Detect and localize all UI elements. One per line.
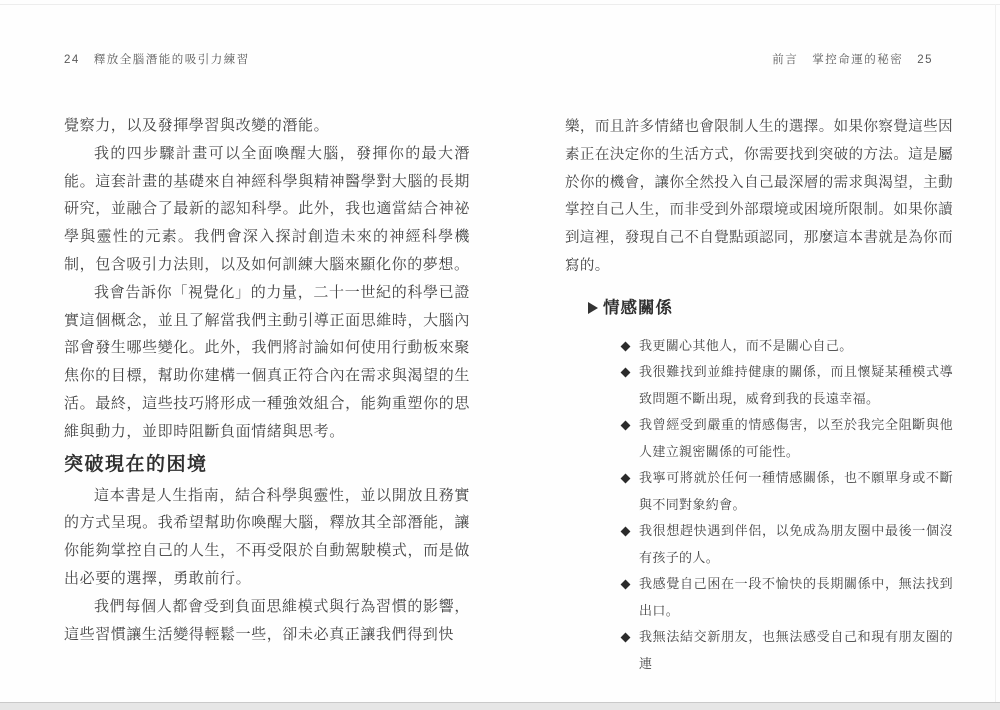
paragraph: 我們每個人都會受到負面思維模式與行為習慣的影響，這些習慣讓生活變得輕鬆一些，卻未… [64,593,470,649]
paragraph: 樂，而且許多情緒也會限制人生的選擇。如果你察覺這些因素正在決定你的生活方式，你需… [565,114,953,281]
left-header-book-title: 釋放全腦潛能的吸引力練習 [94,54,250,66]
list-item-text: 我寧可將就於任何一種情感關係，也不願單身或不斷與不同對象約會。 [639,470,953,512]
right-header-chapter-label: 前言 [772,54,798,66]
list-item: 我很難找到並維持健康的關係，而且懷疑某種模式導致問題不斷出現，威脅到我的長遠幸福… [620,359,953,412]
bullet-list: 我更關心其他人，而不是關心自己。 我很難找到並維持健康的關係，而且懷疑某種模式導… [565,333,953,678]
diamond-bullet-icon [621,633,631,643]
list-item: 我無法結交新朋友，也無法感受自己和現有朋友圈的連 [620,624,953,677]
paragraph: 這本書是人生指南，結合科學與靈性，並以開放且務實的方式呈現。我希望幫助你喚醒大腦… [64,482,470,593]
diamond-bullet-icon [621,421,631,431]
left-page-number: 24 [64,54,80,66]
left-page-body: 覺察力，以及發揮學習與改變的潛能。 我的四步驟計畫可以全面喚醒大腦，發揮你的最大… [64,112,470,648]
diamond-bullet-icon [621,474,631,484]
diamond-bullet-icon [621,368,631,378]
list-item: 我很想趕快遇到伴侶，以免成為朋友圈中最後一個沒有孩子的人。 [620,518,953,571]
list-item-text: 我很想趕快遇到伴侶，以免成為朋友圈中最後一個沒有孩子的人。 [639,523,953,565]
scan-right-edge [995,4,996,702]
paragraph: 覺察力，以及發揮學習與改變的潛能。 [64,112,470,140]
right-page-number: 25 [917,54,933,66]
list-item-text: 我更關心其他人，而不是關心自己。 [639,338,853,353]
list-item: 我更關心其他人，而不是關心自己。 [620,333,953,360]
list-item: 我寧可將就於任何一種情感關係，也不願單身或不斷與不同對象約會。 [620,465,953,518]
arrow-right-icon [588,302,598,314]
right-header-chapter-title: 掌控命運的秘密 [812,54,903,66]
right-page-body: 樂，而且許多情緒也會限制人生的選擇。如果你察覺這些因素正在決定你的生活方式，你需… [565,114,953,677]
paragraph: 我會告訴你「視覺化」的力量，二十一世紀的科學已證實這個概念，並且了解當我們主動引… [64,279,470,446]
left-section-heading: 突破現在的困境 [64,453,470,477]
right-section-heading: 情感關係 [565,295,953,321]
diamond-bullet-icon [621,527,631,537]
list-item-text: 我感覺自己困在一段不愉快的長期關係中，無法找到出口。 [639,576,953,618]
diamond-bullet-icon [621,580,631,590]
list-item: 我曾經受到嚴重的情感傷害，以至於我完全阻斷與他人建立親密關係的可能性。 [620,412,953,465]
right-running-header: 前言掌控命運的秘密25 [772,51,933,67]
right-section-heading-label: 情感關係 [603,299,673,317]
scan-bottom-edge [0,702,1000,710]
scan-top-edge [0,4,1000,5]
left-running-header: 24釋放全腦潛能的吸引力練習 [64,51,250,67]
paragraph: 我的四步驟計畫可以全面喚醒大腦，發揮你的最大潛能。這套計畫的基礎來自神經科學與精… [64,140,470,279]
list-item-text: 我很難找到並維持健康的關係，而且懷疑某種模式導致問題不斷出現，威脅到我的長遠幸福… [639,364,953,406]
list-item: 我感覺自己困在一段不愉快的長期關係中，無法找到出口。 [620,571,953,624]
book-spread-scan: 24釋放全腦潛能的吸引力練習 前言掌控命運的秘密25 覺察力，以及發揮學習與改變… [0,0,1000,710]
diamond-bullet-icon [621,341,631,351]
list-item-text: 我曾經受到嚴重的情感傷害，以至於我完全阻斷與他人建立親密關係的可能性。 [639,417,953,459]
list-item-text: 我無法結交新朋友，也無法感受自己和現有朋友圈的連 [639,629,953,671]
